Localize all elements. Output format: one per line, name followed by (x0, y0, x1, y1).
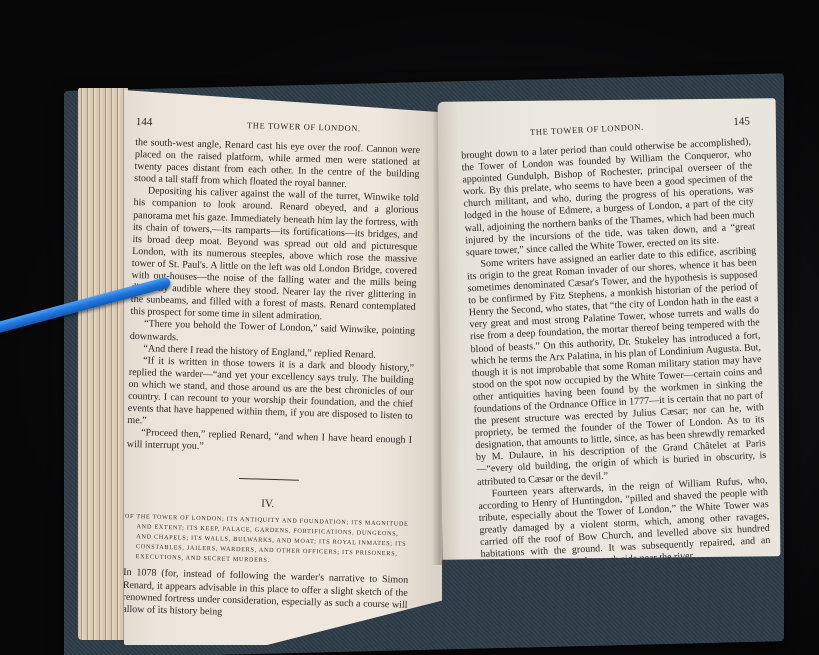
left-paragraph: “If it is written in those towers it is … (127, 355, 414, 435)
left-paragraph: the south-west angle, Renard cast his ey… (134, 137, 420, 193)
chapter-opening-paragraph: In 1078 (for, instead of following the w… (124, 567, 408, 623)
left-page: 144 THE TOWER OF LONDON. the south-west … (124, 90, 442, 645)
right-paragraph: Fourteen years afterwards, in the reign … (477, 475, 771, 560)
chapter-number: IV. (125, 494, 410, 514)
left-running-title: THE TOWER OF LONDON. (247, 120, 361, 133)
right-page-number: 145 (733, 115, 750, 128)
right-paragraph: brought down to a later period than coul… (461, 136, 756, 259)
left-paragraph: Depositing his caliver against the wall … (130, 185, 419, 326)
left-page-number: 144 (136, 116, 153, 128)
chapter-summary: Of the Tower of London; its antiquity an… (124, 512, 410, 569)
left-running-head: 144 THE TOWER OF LONDON. (136, 116, 421, 136)
right-paragraph: Some writers have assigned an earlier da… (466, 245, 767, 489)
right-page: THE TOWER OF LONDON. 145 brought down to… (438, 98, 781, 560)
right-running-title: THE TOWER OF LONDON. (530, 122, 644, 138)
page-edges (78, 88, 128, 640)
section-divider (238, 478, 298, 481)
